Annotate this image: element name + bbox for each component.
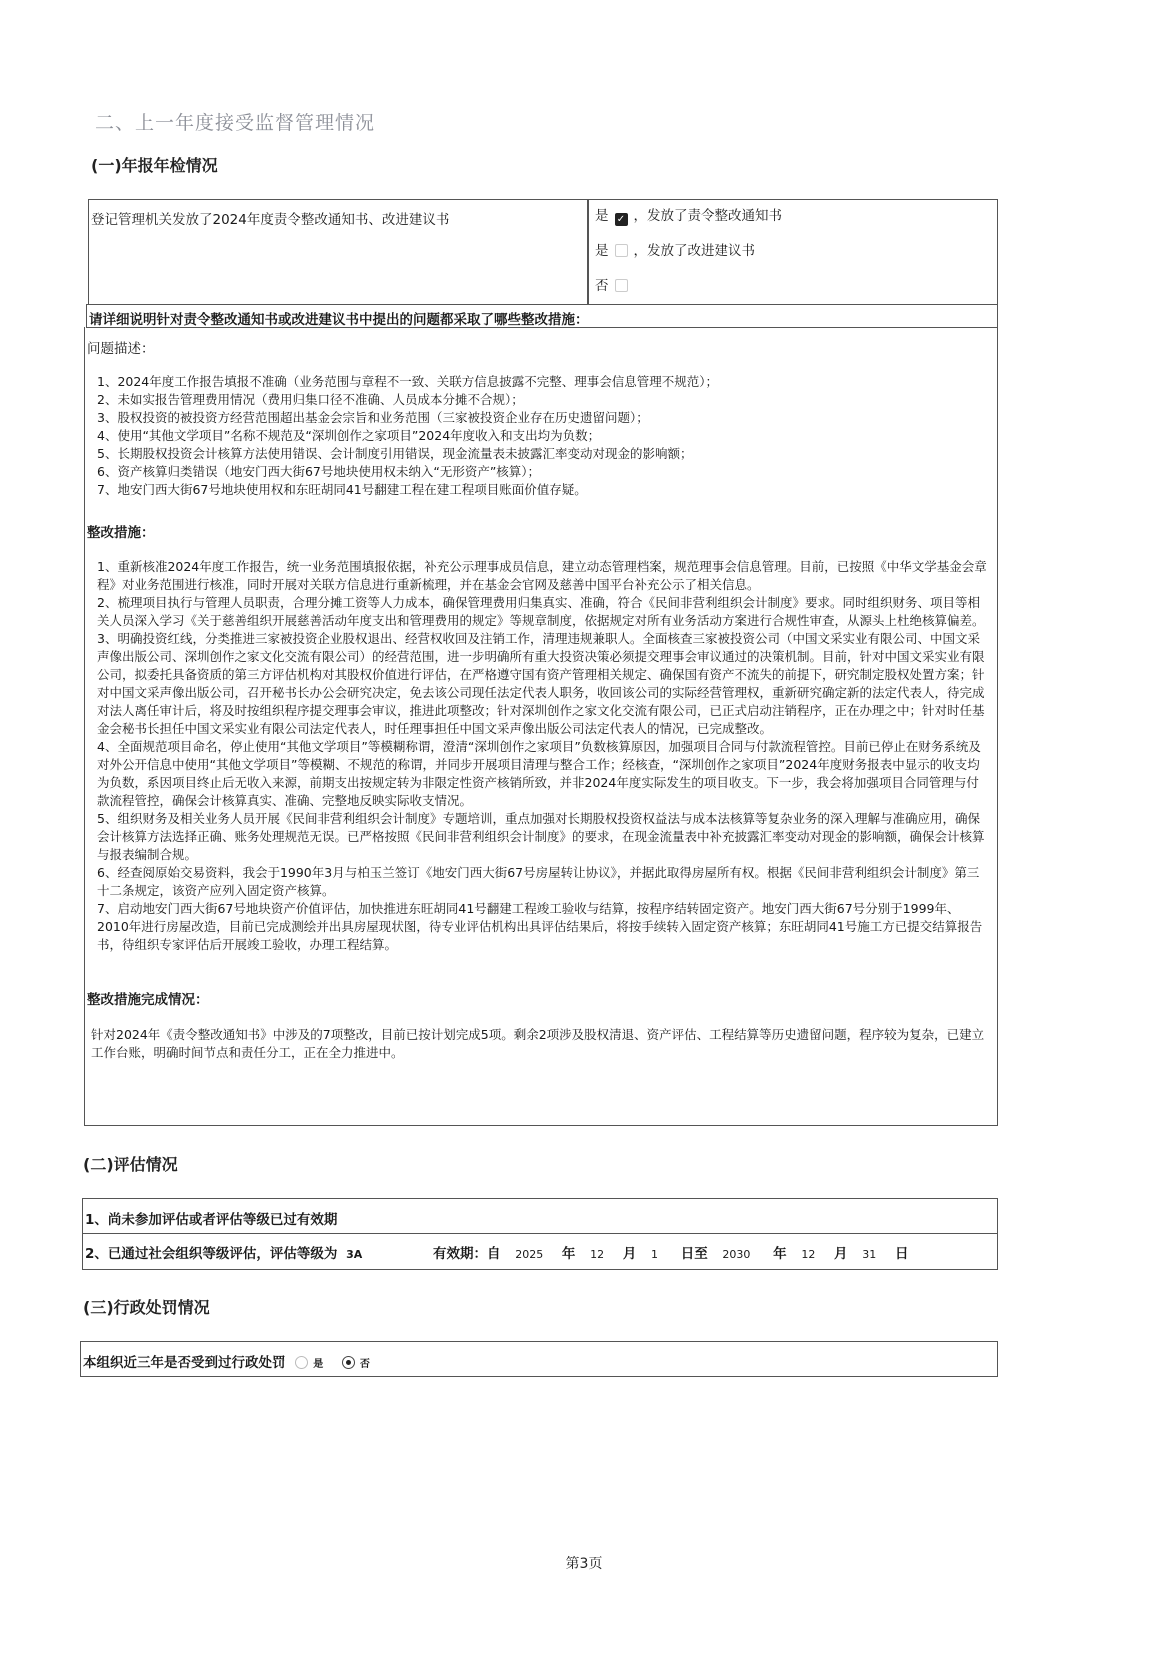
checkbox-rectification-notice[interactable]: ✓: [615, 213, 628, 226]
unit-year: 年: [773, 1246, 787, 1262]
evaluation-title: (二)评估情况: [83, 1152, 178, 1175]
measure-item: 4、全面规范项目命名，停止使用“其他文学项目”等模糊称谓，澄清“深圳创作之家项目…: [97, 738, 989, 810]
measure-item: 5、组织财务及相关业务人员开展《民间非营利组织会计制度》专题培训，重点加强对长期…: [97, 810, 989, 864]
radio-penalty-yes[interactable]: [295, 1356, 308, 1369]
evaluation-grade: 3A: [346, 1248, 362, 1261]
page-number: 第3页: [0, 1553, 1168, 1573]
penalty-row: 本组织近三年是否受到过行政处罚 是 否: [80, 1341, 998, 1377]
unit-year: 年: [562, 1246, 576, 1262]
penalty-title: (三)行政处罚情况: [83, 1295, 210, 1318]
measure-item: 2、梳理项目执行与管理人员职责，合理分摊工资等人力成本，确保管理费用归集真实、准…: [97, 594, 989, 630]
problem-item: 2、未如实报告管理费用情况（费用归集口径不准确、人员成本分摊不合规）；: [97, 391, 987, 409]
validity-end-year: 2030: [722, 1248, 750, 1261]
measures-list: 1、重新核准2024年度工作报告，统一业务范围填报依据，补充公示理事成员信息，建…: [97, 558, 989, 954]
penalty-question-line: 本组织近三年是否受到过行政处罚 是 否: [83, 1351, 370, 1371]
measures-heading: 整改措施：: [87, 521, 155, 541]
option-prefix: 否: [595, 278, 609, 294]
checkbox-no[interactable]: [615, 279, 628, 292]
evaluation-row-2: 2、已通过社会组织等级评估，评估等级为 3A 有效期：自 2025 年 12 月…: [82, 1233, 998, 1270]
validity-label: 有效期：自: [433, 1246, 501, 1262]
measure-item: 7、启动地安门西大街67号地块资产价值评估，加快推进东旺胡同41号翻建工程竣工验…: [97, 900, 989, 954]
completion-heading: 整改措施完成情况：: [87, 988, 209, 1008]
annual-check-question-table: 登记管理机关发放了2024年度责令整改通知书、改进建议书 是✓，发放了责令整改通…: [88, 199, 998, 305]
unit-month: 月: [834, 1246, 848, 1262]
annual-check-title: (一)年报年检情况: [91, 153, 218, 176]
validity-start-day: 1: [651, 1248, 658, 1261]
problem-list: 1、2024年度工作报告填报不准确（业务范围与章程不一致、关联方信息披露不完整、…: [97, 373, 987, 499]
option-improvement-suggestion: 是，发放了改进建议书: [595, 239, 755, 259]
problem-item: 4、使用“其他文学项目”名称不规范及“深圳创作之家项目”2024年度收入和支出均…: [97, 427, 987, 445]
evaluation-row-1-label: 1、尚未参加评估或者评估等级已过有效期: [85, 1208, 337, 1228]
problem-item: 3、股权投资的被投资方经营范围超出基金会宗旨和业务范围（三家被投资企业存在历史遗…: [97, 409, 987, 427]
problem-item: 5、长期股权投资会计核算方法使用错误、会计制度引用错误，现金流量表未披露汇率变动…: [97, 445, 987, 463]
problem-item: 6、资产核算归类错误（地安门西大街67号地块使用权未纳入“无形资产”核算）；: [97, 463, 987, 481]
column-divider: [587, 200, 589, 304]
evaluation-row-1: 1、尚未参加评估或者评估等级已过有效期: [82, 1198, 998, 1234]
detail-prompt-row: 请详细说明针对责令整改通知书或改进建议书中提出的问题都采取了哪些整改措施：: [86, 304, 998, 328]
evaluation-row-2-label: 2、已通过社会组织等级评估，评估等级为 3A: [85, 1242, 362, 1262]
unit-day-to: 日至: [681, 1246, 708, 1262]
option-label: ，发放了责令整改通知书: [634, 208, 783, 224]
annual-check-question: 登记管理机关发放了2024年度责令整改通知书、改进建议书: [91, 208, 449, 228]
validity-start-year: 2025: [515, 1248, 543, 1261]
validity-start-month: 12: [590, 1248, 604, 1261]
option-label: ，发放了改进建议书: [634, 243, 756, 259]
radio-penalty-no-label: 否: [360, 1359, 370, 1370]
evaluation-grade-label: 2、已通过社会组织等级评估，评估等级为: [85, 1246, 337, 1262]
completion-text: 针对2024年《责令整改通知书》中涉及的7项整改，目前已按计划完成5项。剩余2项…: [91, 1026, 991, 1062]
problem-item: 1、2024年度工作报告填报不准确（业务范围与章程不一致、关联方信息披露不完整、…: [97, 373, 987, 391]
option-no: 否: [595, 274, 634, 294]
penalty-question: 本组织近三年是否受到过行政处罚: [83, 1355, 286, 1371]
option-rectification-notice: 是✓，发放了责令整改通知书: [595, 204, 782, 226]
checkbox-improvement-suggestion[interactable]: [615, 244, 628, 257]
validity-end-day: 31: [862, 1248, 876, 1261]
section-title: 二、上一年度接受监督管理情况: [95, 108, 375, 135]
measures-text-area[interactable]: 问题描述： 1、2024年度工作报告填报不准确（业务范围与章程不一致、关联方信息…: [84, 327, 998, 1126]
validity-period: 有效期：自 2025 年 12 月 1 日至 2030 年 12 月 31 日: [433, 1242, 908, 1262]
problem-heading: 问题描述：: [87, 337, 155, 357]
problem-item: 7、地安门西大街67号地块使用权和东旺胡同41号翻建工程在建工程项目账面价值存疑…: [97, 481, 987, 499]
measure-item: 1、重新核准2024年度工作报告，统一业务范围填报依据，补充公示理事成员信息，建…: [97, 558, 989, 594]
detail-prompt: 请详细说明针对责令整改通知书或改进建议书中提出的问题都采取了哪些整改措施：: [89, 308, 589, 328]
option-prefix: 是: [595, 208, 609, 224]
measure-item: 6、经查阅原始交易资料，我会于1990年3月与柏玉兰签订《地安门西大街67号房屋…: [97, 864, 989, 900]
option-prefix: 是: [595, 243, 609, 259]
unit-month: 月: [623, 1246, 637, 1262]
radio-penalty-no[interactable]: [342, 1356, 355, 1369]
unit-day: 日: [895, 1246, 909, 1262]
measure-item: 3、明确投资红线，分类推进三家被投资企业股权退出、经营权收回及注销工作，清理违规…: [97, 630, 989, 738]
radio-penalty-yes-label: 是: [313, 1359, 323, 1370]
validity-end-month: 12: [801, 1248, 815, 1261]
